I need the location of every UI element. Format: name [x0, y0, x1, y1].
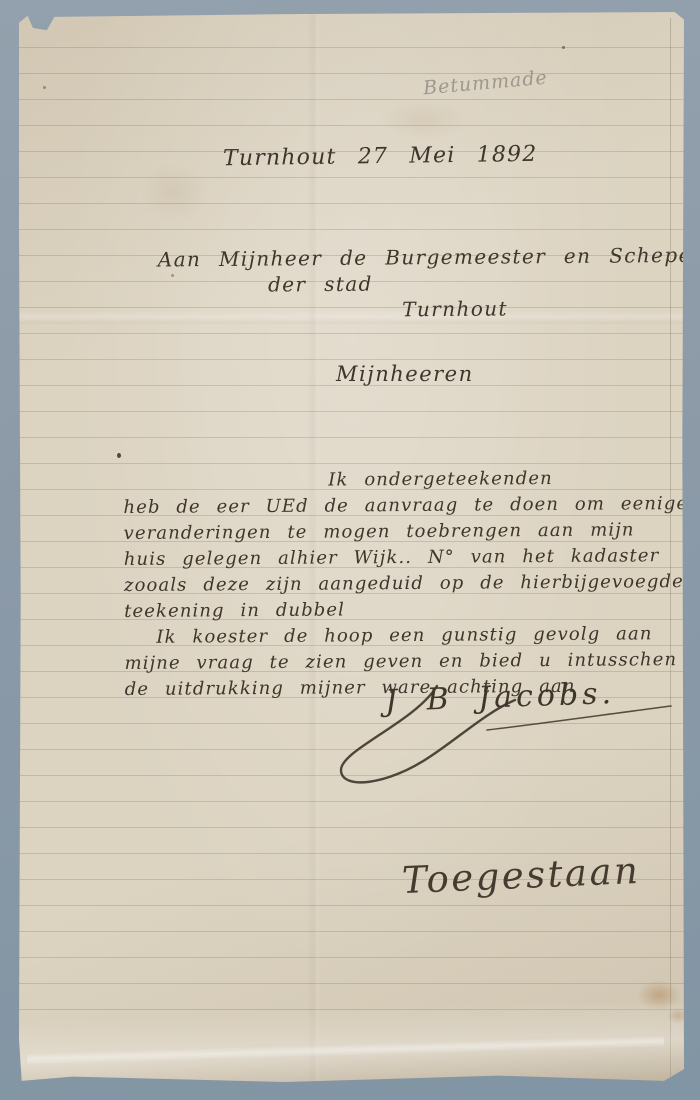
recipient-address: Aan Mijnheer de Burgemeester en Schepene…: [158, 241, 700, 324]
scanned-letter-scene: Betummade Turnhout 27 Mei 1892 Aan Mijnh…: [0, 0, 700, 1100]
dateline: Turnhout 27 Mei 1892: [223, 142, 538, 171]
body-line: Ik ondergeteekenden: [123, 465, 688, 495]
salutation: Mijnheeren: [336, 362, 474, 386]
faint-stain-top: [379, 100, 469, 140]
body-line: heb de eer UEd de aanvraag te doen om ee…: [123, 491, 688, 521]
recipient-line-3: Turnhout: [158, 293, 700, 324]
ink-dot: [117, 453, 121, 458]
body-line: teekening in dubbel: [124, 595, 689, 625]
body-line: zooals deze zijn aangeduid op de hierbij…: [124, 569, 689, 599]
body-line: huis gelegen alhier Wijk.. N° van het ka…: [124, 543, 689, 573]
body-line: Ik koester de hoop een gunstig gevolg aa…: [124, 621, 689, 651]
letter-paper-sheet: Betummade Turnhout 27 Mei 1892 Aan Mijnh…: [19, 12, 684, 1082]
body-line: veranderingen te mogen toebrengen aan mi…: [124, 517, 689, 547]
signature-block: J B Jacobs.: [319, 664, 689, 814]
paper-speck: [562, 46, 565, 49]
faint-stain-left: [139, 162, 209, 222]
recipient-line-1: Aan Mijnheer de Burgemeester en Schepene…: [158, 242, 700, 271]
paper-speck: [43, 86, 46, 89]
